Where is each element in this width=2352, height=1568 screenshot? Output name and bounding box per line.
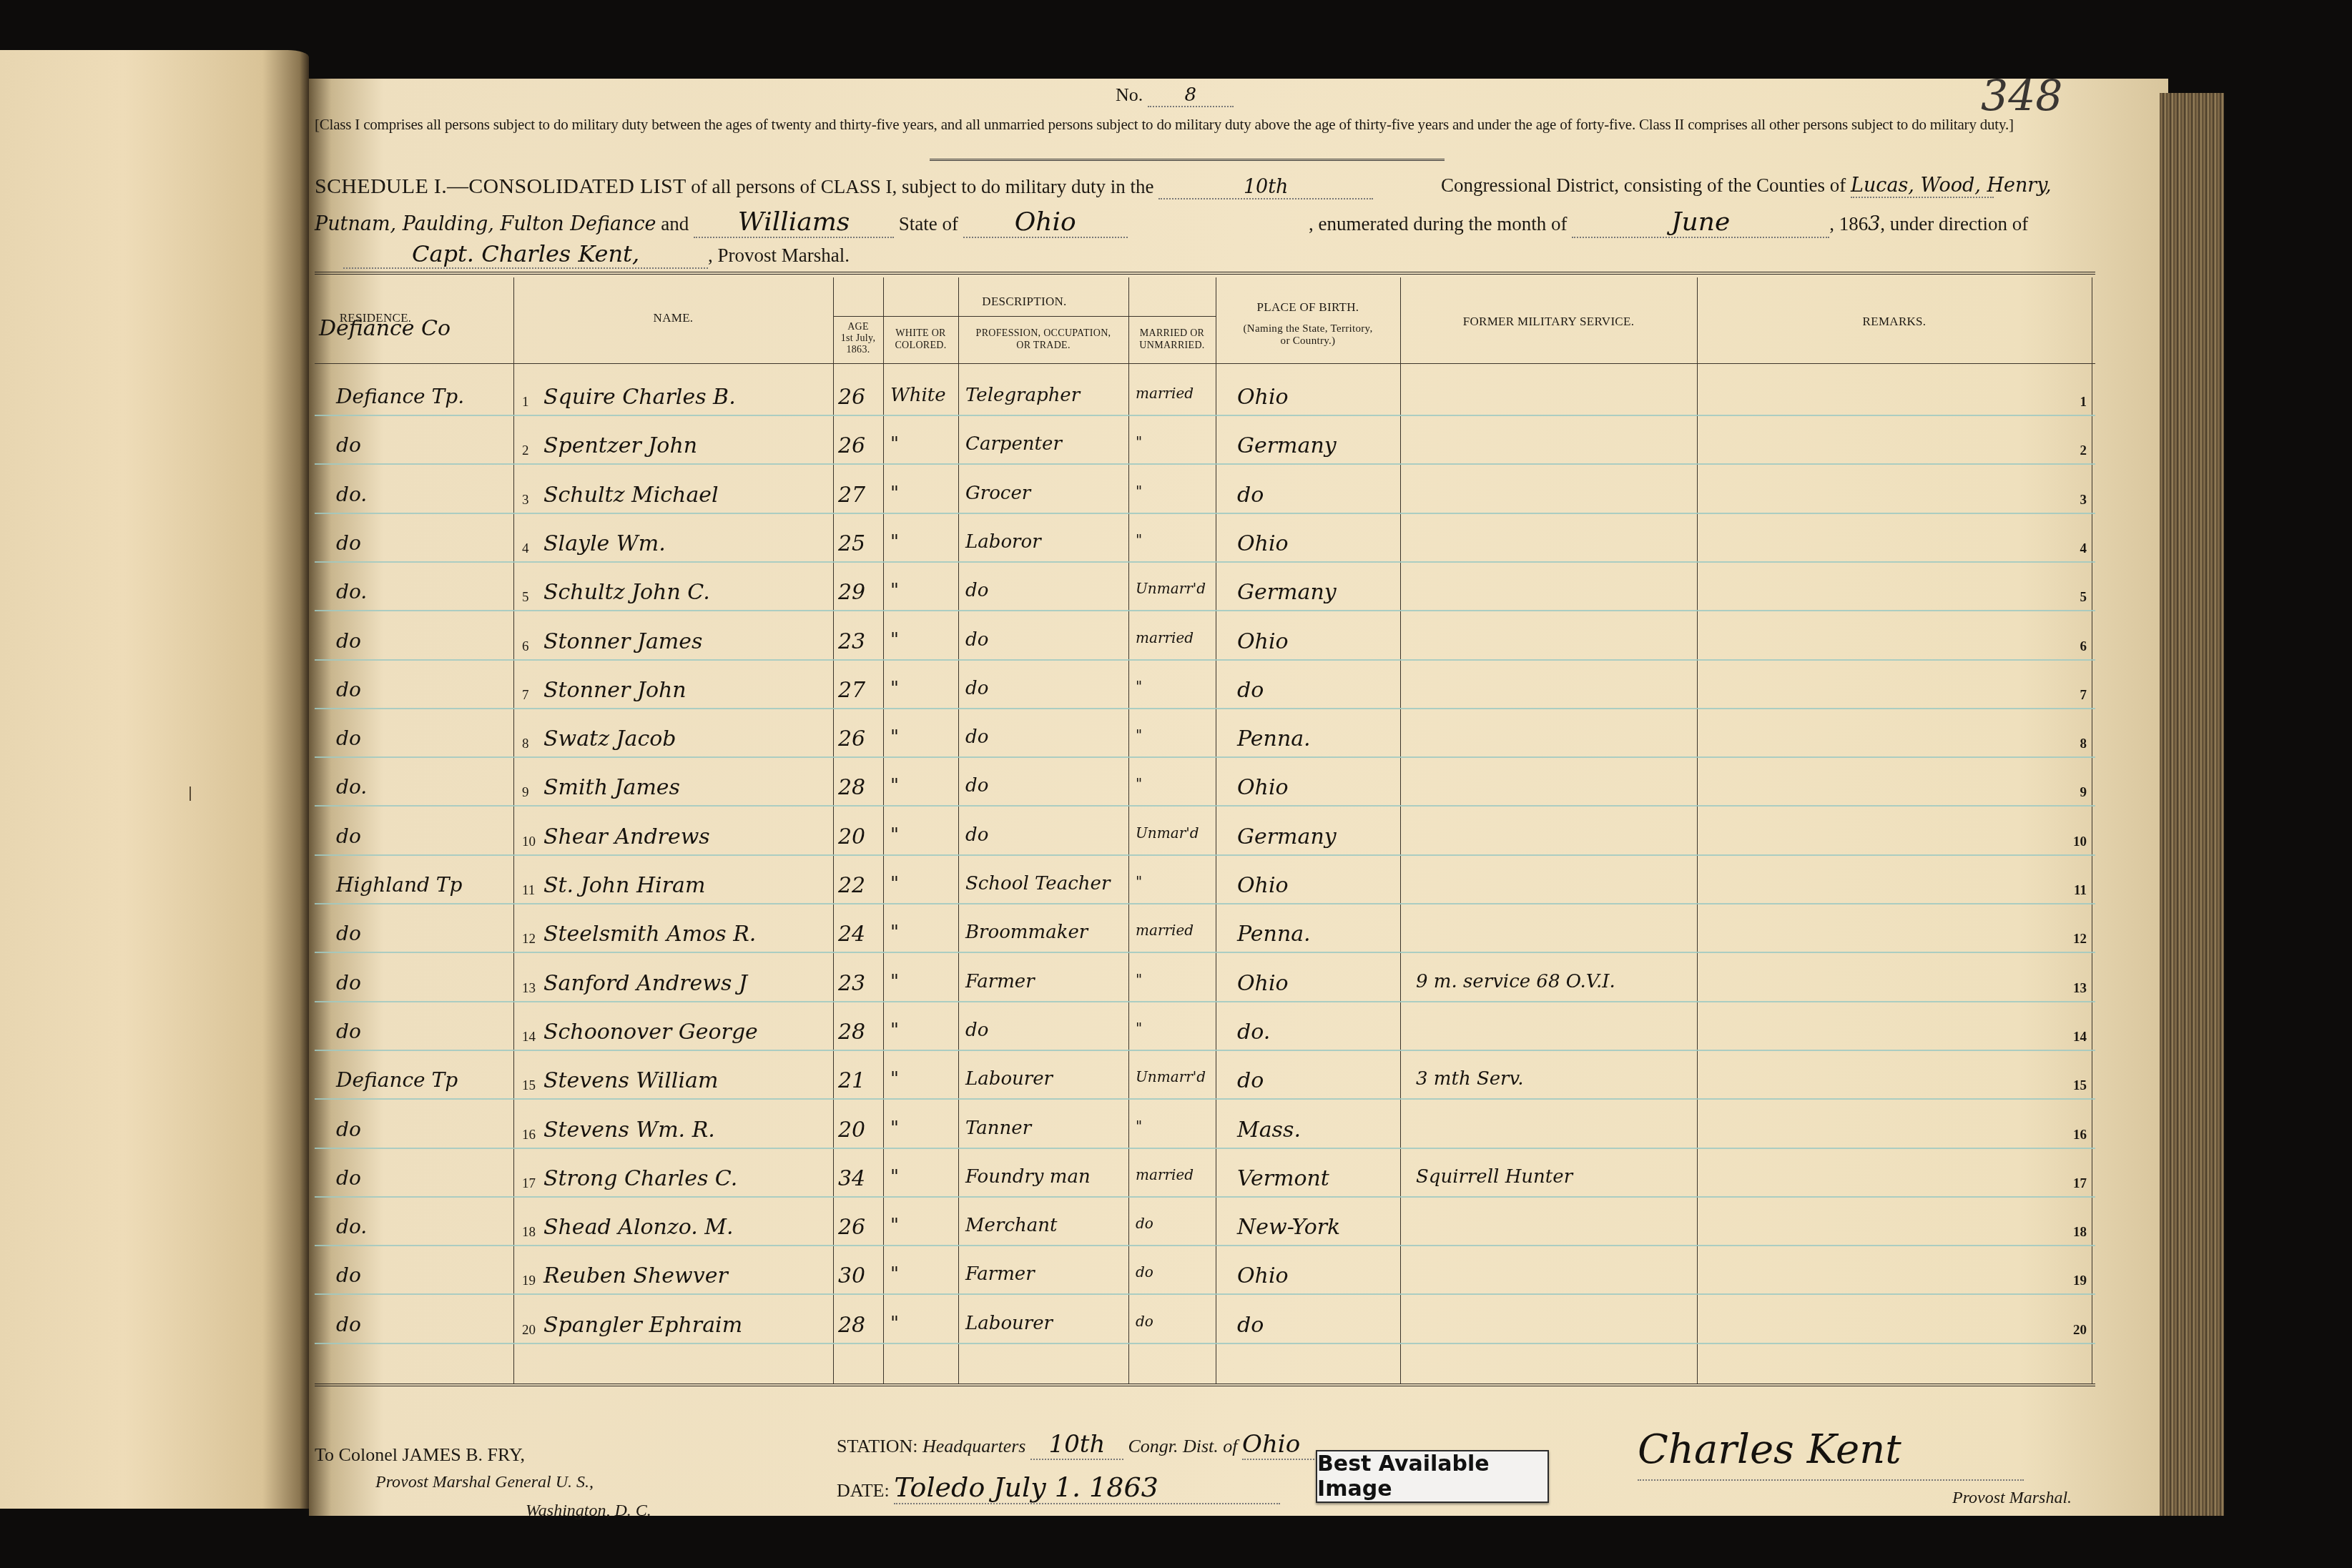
cell-color: " — [890, 726, 899, 748]
cell-name: Swatz Jacob — [543, 726, 676, 751]
row-number: 3 — [522, 493, 529, 508]
row-number-right: 4 — [2065, 541, 2087, 557]
row-number: 15 — [522, 1078, 536, 1094]
cell-age: 30 — [838, 1263, 865, 1288]
cell-married: " — [1136, 531, 1142, 548]
cell-former-service: 9 m. service 68 O.V.I. — [1416, 971, 1615, 992]
cell-color: " — [890, 1313, 899, 1334]
cell-residence: do — [336, 726, 361, 750]
cell-married: " — [1136, 483, 1142, 500]
cell-birth: Ohio — [1237, 629, 1289, 654]
row-number: 16 — [522, 1128, 536, 1143]
cell-residence: do — [336, 433, 361, 457]
cell-occupation: Carpenter — [965, 433, 1062, 455]
cell-birth: Ohio — [1237, 385, 1289, 410]
header-married: MARRIED OR UNMARRIED. — [1128, 327, 1216, 352]
cell-name: Schultz Michael — [543, 483, 719, 508]
cell-name: Spangler Ephraim — [543, 1313, 742, 1338]
cell-age: 28 — [838, 775, 865, 800]
row-number: 1 — [522, 395, 529, 410]
cell-birth: do — [1237, 483, 1264, 508]
cell-name: Schoonover George — [543, 1020, 758, 1045]
cell-occupation: Labourer — [965, 1313, 1053, 1334]
cell-occupation: Laboror — [965, 531, 1041, 553]
cell-birth: Mass. — [1237, 1118, 1301, 1143]
cell-age: 27 — [838, 483, 865, 508]
cell-married: " — [1136, 1118, 1142, 1135]
row-number-right: 3 — [2065, 493, 2087, 508]
cell-birth: Germany — [1237, 433, 1337, 458]
cell-color: " — [890, 775, 899, 797]
cell-name: Spentzer John — [543, 433, 697, 458]
page-edges — [2160, 93, 2224, 1516]
row-number-right: 12 — [2065, 932, 2087, 947]
row-number-right: 11 — [2065, 883, 2087, 899]
cell-residence: do. — [336, 483, 367, 506]
cell-color: " — [890, 971, 899, 992]
cell-married: Unmarr'd — [1136, 580, 1206, 597]
cell-birth: do. — [1237, 1020, 1270, 1045]
cell-birth: Penna. — [1237, 726, 1311, 751]
cell-married: married — [1136, 629, 1194, 646]
cell-married: Unmarr'd — [1136, 1068, 1206, 1085]
row-number: 9 — [522, 785, 529, 801]
cell-name: Stevens Wm. R. — [543, 1118, 715, 1143]
cell-age: 24 — [838, 922, 865, 947]
cell-residence: do — [336, 1263, 361, 1287]
cell-residence: do — [336, 531, 361, 555]
cell-color: " — [890, 873, 899, 894]
residence-county: Defiance Co — [319, 316, 451, 341]
cell-name: Stevens William — [543, 1068, 718, 1093]
cell-residence: Defiance Tp. — [336, 385, 464, 408]
cell-age: 26 — [838, 385, 865, 410]
marshal-name: Capt. Charles Kent, — [343, 240, 708, 269]
counties-line: Congressional District, consisting of th… — [1441, 174, 1994, 198]
row-number: 2 — [522, 443, 529, 459]
cell-birth: Penna. — [1237, 922, 1311, 947]
row-number-right: 8 — [2065, 736, 2087, 752]
row-number-right: 13 — [2065, 981, 2087, 997]
row-number: 10 — [522, 834, 536, 850]
row-number: 19 — [522, 1273, 536, 1289]
cell-birth: Ohio — [1237, 531, 1289, 556]
cell-birth: Ohio — [1237, 1263, 1289, 1288]
page-number: 348 — [1981, 72, 2063, 122]
addressee: To Colonel JAMES B. FRY, — [315, 1444, 525, 1466]
cell-occupation: Broommaker — [965, 922, 1088, 943]
cell-married: " — [1136, 678, 1142, 695]
cell-color: " — [890, 1215, 899, 1236]
cell-married: married — [1136, 1166, 1194, 1183]
cell-color: " — [890, 1263, 899, 1285]
row-number: 12 — [522, 932, 536, 947]
header-remarks: REMARKS. — [1697, 315, 2092, 328]
cell-age: 26 — [838, 433, 865, 458]
cell-married: " — [1136, 775, 1142, 792]
left-blank-page — [0, 50, 309, 1509]
cell-residence: do — [336, 1020, 361, 1043]
cell-married: " — [1136, 873, 1142, 890]
cell-occupation: do — [965, 629, 988, 651]
cell-residence: do — [336, 922, 361, 945]
row-number: 20 — [522, 1323, 536, 1338]
district-number: 10th — [1158, 176, 1373, 199]
row-number-right: 17 — [2065, 1176, 2087, 1192]
cell-occupation: Tanner — [965, 1118, 1031, 1139]
cell-age: 28 — [838, 1313, 865, 1338]
date-field: Toledo July 1. 1863 — [894, 1471, 1280, 1504]
row-number-right: 16 — [2065, 1128, 2087, 1143]
cell-name: Slayle Wm. — [543, 531, 666, 556]
cell-color: " — [890, 1118, 899, 1139]
cell-married: married — [1136, 922, 1194, 939]
cell-color: " — [890, 922, 899, 943]
cell-residence: do — [336, 1313, 361, 1336]
marshal-line: Capt. Charles Kent,, Provost Marshal. — [343, 240, 850, 269]
addressee-title: Provost Marshal General U. S., — [375, 1473, 594, 1492]
cell-married: " — [1136, 433, 1142, 450]
cell-residence: do. — [336, 1215, 367, 1238]
cell-residence: Highland Tp — [336, 873, 462, 897]
row-number-right: 15 — [2065, 1078, 2087, 1094]
addressee-location: Washington, D. C. — [526, 1502, 651, 1521]
row-number: 7 — [522, 688, 529, 704]
row-number: 14 — [522, 1030, 536, 1045]
cell-birth: do — [1237, 678, 1264, 703]
cell-age: 29 — [838, 580, 865, 605]
row-number-right: 5 — [2065, 590, 2087, 606]
header-former-service: FORMER MILITARY SERVICE. — [1400, 315, 1697, 328]
cell-birth: Germany — [1237, 824, 1337, 849]
cell-age: 34 — [838, 1166, 865, 1191]
row-number-right: 18 — [2065, 1225, 2087, 1241]
cell-name: Stonner James — [543, 629, 702, 654]
cell-name: Sanford Andrews J — [543, 971, 747, 996]
row-number: 6 — [522, 639, 529, 655]
row-number: 11 — [522, 883, 535, 899]
cell-residence: do — [336, 629, 361, 653]
cell-residence: do. — [336, 580, 367, 603]
state-field: Ohio — [963, 207, 1128, 238]
cell-birth: Ohio — [1237, 775, 1289, 800]
cell-age: 26 — [838, 726, 865, 751]
cell-occupation: Grocer — [965, 483, 1030, 504]
row-number-right: 9 — [2065, 785, 2087, 801]
cell-occupation: do — [965, 775, 988, 797]
cell-former-service: Squirrell Hunter — [1416, 1166, 1573, 1188]
cell-birth: New-York — [1237, 1215, 1340, 1240]
cell-married: do — [1136, 1313, 1153, 1330]
header-age: AGE 1st July, 1863. — [833, 322, 883, 356]
cell-married: married — [1136, 385, 1194, 402]
cell-color: " — [890, 1166, 899, 1188]
cell-residence: Defiance Tp — [336, 1068, 458, 1092]
cell-birth: do — [1237, 1313, 1264, 1338]
cell-birth: Ohio — [1237, 971, 1289, 996]
cell-age: 28 — [838, 1020, 865, 1045]
row-number-right: 2 — [2065, 443, 2087, 459]
row-number: 13 — [522, 981, 536, 997]
cell-married: " — [1136, 971, 1142, 988]
cell-residence: do — [336, 1118, 361, 1141]
cell-age: 25 — [838, 531, 865, 556]
cell-name: Stonner John — [543, 678, 687, 703]
cell-age: 21 — [838, 1068, 865, 1093]
cell-color: " — [890, 629, 899, 651]
counties-continued: Putnam, Paulding, Fulton Defiance and Wi… — [315, 207, 1128, 238]
header-name: NAME. — [513, 311, 833, 325]
cell-residence: do — [336, 1166, 361, 1190]
row-number: 8 — [522, 736, 529, 752]
header-description: DESCRIPTION. — [833, 295, 1216, 308]
divider — [930, 159, 1445, 161]
row-number-right: 19 — [2065, 1273, 2087, 1289]
cell-name: Shead Alonzo. M. — [543, 1215, 734, 1240]
cell-name: Smith James — [543, 775, 680, 800]
cell-residence: do. — [336, 775, 367, 799]
row-number-right: 20 — [2065, 1323, 2087, 1338]
cell-married: " — [1136, 1020, 1142, 1037]
signature-title: Provost Marshal. — [1952, 1489, 2072, 1508]
cell-name: Reuben Shewver — [543, 1263, 728, 1288]
cell-name: Shear Andrews — [543, 824, 710, 849]
header-profession: PROFESSION, OCCUPATION, OR TRADE. — [958, 327, 1128, 352]
cell-birth: Germany — [1237, 580, 1337, 605]
cell-age: 26 — [838, 1215, 865, 1240]
enumeration-line: , enumerated during the month of June, 1… — [1309, 207, 2028, 238]
cell-married: do — [1136, 1263, 1153, 1281]
cell-occupation: Telegrapher — [965, 385, 1080, 406]
cell-married: do — [1136, 1215, 1153, 1232]
cell-residence: do — [336, 678, 361, 701]
cell-name: Strong Charles C. — [543, 1166, 737, 1191]
cell-former-service: 3 mth Serv. — [1416, 1068, 1523, 1090]
row-number-right: 14 — [2065, 1030, 2087, 1045]
cell-name: St. John Hiram — [543, 873, 705, 898]
cell-age: 23 — [838, 971, 865, 996]
cell-occupation: do — [965, 824, 988, 846]
cell-color: White — [890, 385, 946, 406]
cell-occupation: Farmer — [965, 1263, 1035, 1285]
date-line: DATE: Toledo July 1. 1863 — [837, 1471, 1280, 1504]
row-number-right: 6 — [2065, 639, 2087, 655]
schedule-title: SCHEDULE I.—CONSOLIDATED LIST of all per… — [315, 174, 1373, 199]
row-number: 5 — [522, 590, 529, 606]
cell-color: " — [890, 678, 899, 699]
cell-occupation: Farmer — [965, 971, 1035, 992]
cell-birth: Vermont — [1237, 1166, 1329, 1191]
row-number-right: 10 — [2065, 834, 2087, 850]
cell-age: 20 — [838, 824, 865, 849]
row-number-right: 7 — [2065, 688, 2087, 704]
cell-name: Squire Charles B. — [543, 385, 736, 410]
header-birth: PLACE OF BIRTH. — [1216, 300, 1400, 314]
cell-occupation: do — [965, 726, 988, 748]
cell-occupation: Merchant — [965, 1215, 1057, 1236]
header-birth-note: (Naming the State, Territory, or Country… — [1216, 323, 1400, 347]
cell-occupation: do — [965, 1020, 988, 1041]
row-number: 17 — [522, 1176, 536, 1192]
cell-age: 20 — [838, 1118, 865, 1143]
month-field: June — [1572, 207, 1829, 238]
cell-birth: do — [1237, 1068, 1264, 1093]
cell-occupation: Labourer — [965, 1068, 1053, 1090]
cell-age: 27 — [838, 678, 865, 703]
row-number-right: 1 — [2065, 395, 2087, 410]
cell-name: Schultz John C. — [543, 580, 710, 605]
cell-age: 23 — [838, 629, 865, 654]
cell-birth: Ohio — [1237, 873, 1289, 898]
consolidated-list-table: RESIDENCE. NAME. DESCRIPTION. AGE 1st Ju… — [315, 272, 2095, 1387]
row-number: 4 — [522, 541, 529, 557]
cell-residence: do — [336, 824, 361, 848]
cell-color: " — [890, 531, 899, 553]
cell-color: " — [890, 824, 899, 846]
cell-color: " — [890, 1020, 899, 1041]
cell-occupation: do — [965, 580, 988, 601]
row-number: 18 — [522, 1225, 536, 1241]
cell-name: Steelsmith Amos R. — [543, 922, 756, 947]
signature: Charles Kent — [1638, 1426, 2024, 1481]
cell-occupation: Foundry man — [965, 1166, 1091, 1188]
form-number: No. 8 — [1116, 84, 1234, 107]
cell-color: " — [890, 580, 899, 601]
class-definition-note: [Class I comprises all persons subject t… — [315, 116, 2095, 134]
cell-married: Unmar'd — [1136, 824, 1199, 842]
cell-occupation: do — [965, 678, 988, 699]
cell-married: " — [1136, 726, 1142, 744]
cell-occupation: School Teacher — [965, 873, 1110, 894]
cell-age: 22 — [838, 873, 865, 898]
cell-color: " — [890, 483, 899, 504]
cell-residence: do — [336, 971, 361, 995]
cell-color: " — [890, 433, 899, 455]
cell-color: " — [890, 1068, 899, 1090]
best-available-image-label: Best Available Image — [1316, 1450, 1549, 1503]
header-white-colored: WHITE OR COLORED. — [883, 327, 958, 352]
